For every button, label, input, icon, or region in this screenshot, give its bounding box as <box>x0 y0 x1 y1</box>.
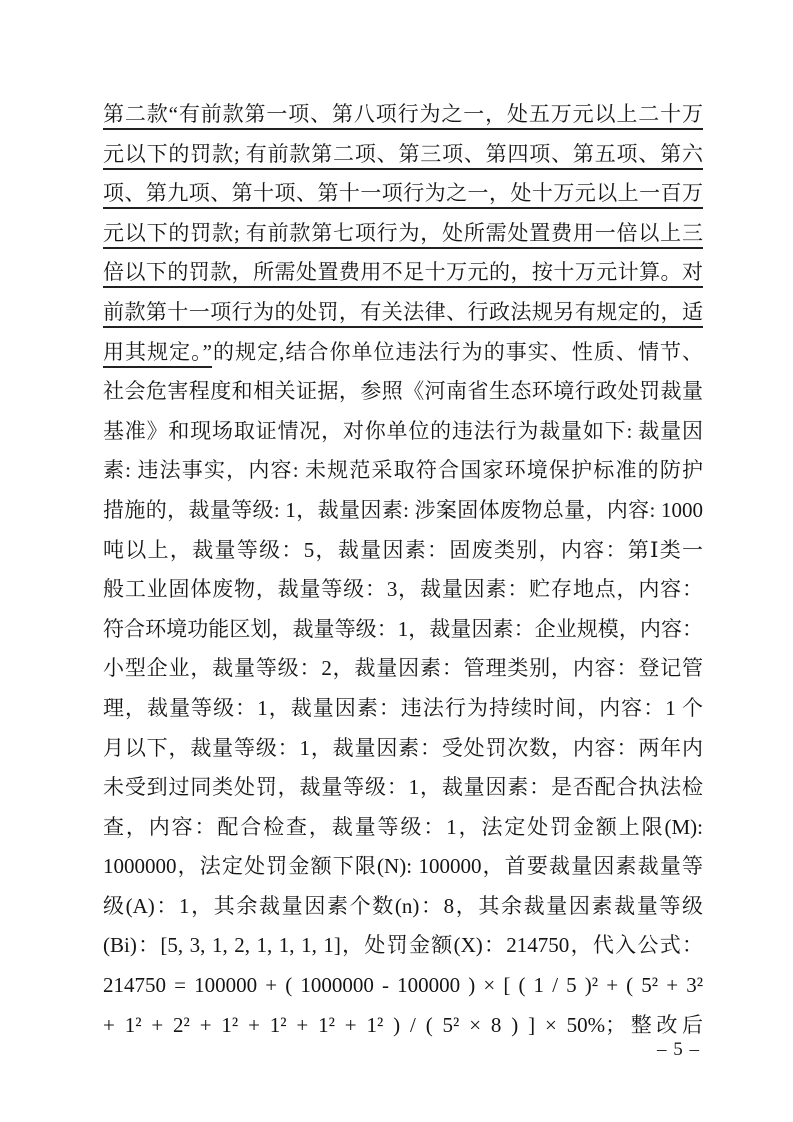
text-line: 1000000，法定处罚金额下限(N): 100000，首要裁量因素裁量等 <box>103 847 703 887</box>
text-segment: 吨以上，裁量等级：5，裁量因素：固废类别，内容：第Ⅰ类一 <box>103 538 703 562</box>
underlined-text-segment: 倍以下的罚款，所需处置费用不足十万元的，按十万元计算。对 <box>103 260 703 284</box>
text-segment: 小型企业，裁量等级：2，裁量因素：管理类别，内容：登记管 <box>103 656 703 680</box>
text-segment: 基准》和现场取证情况，对你单位的违法行为裁量如下: 裁量因 <box>103 419 703 443</box>
text-line: 级(A)：1，其余裁量因素个数(n)：8，其余裁量因素裁量等级 <box>103 887 703 927</box>
text-segment: 1000000，法定处罚金额下限(N): 100000，首要裁量因素裁量等 <box>103 854 703 878</box>
text-line: 元以下的罚款; 有前款第二项、第三项、第四项、第五项、第六 <box>103 135 703 175</box>
text-line: + 1² + 2² + 1² + 1² + 1² + 1² ) / ( 5² ×… <box>103 1006 703 1046</box>
text-segment: 素: 违法事实，内容: 未规范采取符合国家环境保护标准的防护 <box>103 458 703 482</box>
text-line: 前款第十一项行为的处罚，有关法律、行政法规另有规定的，适 <box>103 293 703 333</box>
text-segment: + 1² + 2² + 1² + 1² + 1² + 1² ) / ( 5² ×… <box>103 1013 703 1037</box>
text-segment: 月以下，裁量等级：1，裁量因素：受处罚次数，内容：两年内 <box>103 736 703 760</box>
text-line: 用其规定。”的规定,结合你单位违法行为的事实、性质、情节、 <box>103 333 703 373</box>
underlined-text-segment: 用其规定。” <box>103 340 212 364</box>
text-line: 项、第九项、第十项、第十一项行为之一，处十万元以上一百万 <box>103 174 703 214</box>
text-line: 第二款“有前款第一项、第八项行为之一，处五万元以上二十万 <box>103 95 703 135</box>
underlined-text-segment: 前款第十一项行为的处罚，有关法律、行政法规另有规定的，适 <box>103 300 703 324</box>
text-line: 基准》和现场取证情况，对你单位的违法行为裁量如下: 裁量因 <box>103 412 703 452</box>
text-line: 般工业固体废物，裁量等级：3，裁量因素：贮存地点，内容： <box>103 570 703 610</box>
text-line: 元以下的罚款; 有前款第七项行为，处所需处置费用一倍以上三 <box>103 214 703 254</box>
text-segment: 般工业固体废物，裁量等级：3，裁量因素：贮存地点，内容： <box>103 577 703 601</box>
underlined-text-segment: 元以下的罚款; 有前款第七项行为，处所需处置费用一倍以上三 <box>103 221 703 245</box>
text-segment: 的规定,结合你单位违法行为的事实、性质、情节、 <box>212 340 703 364</box>
document-body: 第二款“有前款第一项、第八项行为之一，处五万元以上二十万元以下的罚款; 有前款第… <box>103 95 703 1045</box>
underlined-text-segment: 项、第九项、第十项、第十一项行为之一，处十万元以上一百万 <box>103 181 703 205</box>
text-segment: 符合环境功能区划，裁量等级：1，裁量因素：企业规模，内容： <box>103 617 703 641</box>
text-segment: (Bi)：[5, 3, 1, 2, 1, 1, 1, 1]，处罚金额(X)：21… <box>103 933 703 957</box>
underlined-text-segment: 元以下的罚款; 有前款第二项、第三项、第四项、第五项、第六 <box>103 142 703 166</box>
page-number: – 5 – <box>657 1036 700 1064</box>
text-line: 理，裁量等级：1，裁量因素：违法行为持续时间，内容：1 个 <box>103 689 703 729</box>
text-line: 措施的，裁量等级: 1，裁量因素: 涉案固体废物总量，内容: 1000 <box>103 491 703 531</box>
text-segment: 级(A)：1，其余裁量因素个数(n)：8，其余裁量因素裁量等级 <box>103 894 703 918</box>
text-line: (Bi)：[5, 3, 1, 2, 1, 1, 1, 1]，处罚金额(X)：21… <box>103 926 703 966</box>
text-line: 查，内容：配合检查，裁量等级：1，法定处罚金额上限(M): <box>103 808 703 848</box>
text-line: 倍以下的罚款，所需处置费用不足十万元的，按十万元计算。对 <box>103 253 703 293</box>
text-segment: 理，裁量等级：1，裁量因素：违法行为持续时间，内容：1 个 <box>103 696 703 720</box>
underlined-text-segment: 第二款“有前款第一项、第八项行为之一，处五万元以上二十万 <box>103 102 703 126</box>
text-line: 小型企业，裁量等级：2，裁量因素：管理类别，内容：登记管 <box>103 649 703 689</box>
document-page: 第二款“有前款第一项、第八项行为之一，处五万元以上二十万元以下的罚款; 有前款第… <box>0 0 793 1122</box>
text-segment: 措施的，裁量等级: 1，裁量因素: 涉案固体废物总量，内容: 1000 <box>103 498 703 522</box>
text-line: 月以下，裁量等级：1，裁量因素：受处罚次数，内容：两年内 <box>103 729 703 769</box>
text-segment: 查，内容：配合检查，裁量等级：1，法定处罚金额上限(M): <box>103 815 703 839</box>
text-segment: 未受到过同类处罚，裁量等级：1，裁量因素：是否配合执法检 <box>103 775 703 799</box>
text-line: 吨以上，裁量等级：5，裁量因素：固废类别，内容：第Ⅰ类一 <box>103 531 703 571</box>
text-segment: 214750 = 100000 + ( 1000000 - 100000 ) ×… <box>103 973 703 997</box>
text-line: 符合环境功能区划，裁量等级：1，裁量因素：企业规模，内容： <box>103 610 703 650</box>
text-segment: 社会危害程度和相关证据，参照《河南省生态环境行政处罚裁量 <box>103 379 703 403</box>
text-line: 214750 = 100000 + ( 1000000 - 100000 ) ×… <box>103 966 703 1006</box>
text-line: 素: 违法事实，内容: 未规范采取符合国家环境保护标准的防护 <box>103 451 703 491</box>
text-line: 未受到过同类处罚，裁量等级：1，裁量因素：是否配合执法检 <box>103 768 703 808</box>
text-line: 社会危害程度和相关证据，参照《河南省生态环境行政处罚裁量 <box>103 372 703 412</box>
